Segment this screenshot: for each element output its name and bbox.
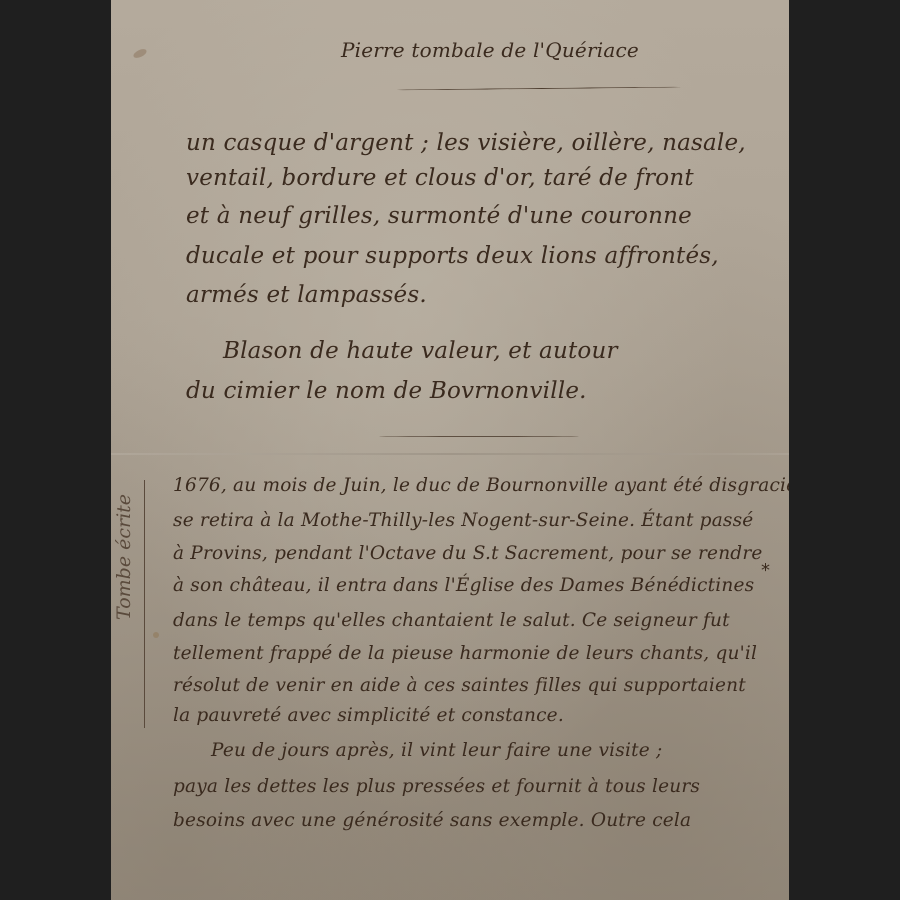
text-line: un casque d'argent ; les visière, oillèr… <box>186 130 746 156</box>
page-title: Pierre tombale de l'Quériace <box>341 38 639 62</box>
text-line: et à neuf grilles, surmonté d'une couron… <box>186 203 692 229</box>
text-line: à son château, il entra dans l'Église de… <box>173 575 754 596</box>
text-line: la pauvreté avec simplicité et constance… <box>173 705 564 726</box>
manuscript-page: Pierre tombale de l'Quériace un casque d… <box>111 0 789 900</box>
text-line: tellement frappé de la pieuse harmonie d… <box>173 643 757 664</box>
title-underline <box>396 87 681 91</box>
paper-spot <box>153 632 159 638</box>
text-line: ducale et pour supports deux lions affro… <box>186 243 719 269</box>
section-divider <box>379 436 579 437</box>
margin-bracket-line <box>144 480 145 728</box>
text-line: ventail, bordure et clous d'or, taré de … <box>186 165 694 191</box>
text-line: armés et lampassés. <box>186 282 427 308</box>
text-line: à Provins, pendant l'Octave du S.t Sacre… <box>173 543 763 564</box>
text-line: Blason de haute valeur, et autour <box>223 338 618 364</box>
margin-annotation: Tombe écrite <box>113 420 135 620</box>
ink-stain <box>132 47 148 59</box>
page-fold <box>111 453 789 455</box>
viewer-background: Pierre tombale de l'Quériace un casque d… <box>0 0 900 900</box>
text-line: Peu de jours après, il vint leur faire u… <box>211 740 662 761</box>
text-line: paya les dettes les plus pressées et fou… <box>173 776 700 797</box>
text-line: besoins avec une générosité sans exemple… <box>173 810 691 831</box>
text-line: du cimier le nom de Bovrnonville. <box>186 378 587 404</box>
text-line: se retira à la Mothe-Thilly-les Nogent-s… <box>173 510 753 531</box>
footnote-asterisk: * <box>761 560 770 581</box>
text-line: dans le temps qu'elles chantaient le sal… <box>173 610 730 631</box>
text-line: résolut de venir en aide à ces saintes f… <box>173 675 746 696</box>
text-line: 1676, au mois de Juin, le duc de Bournon… <box>173 475 789 496</box>
